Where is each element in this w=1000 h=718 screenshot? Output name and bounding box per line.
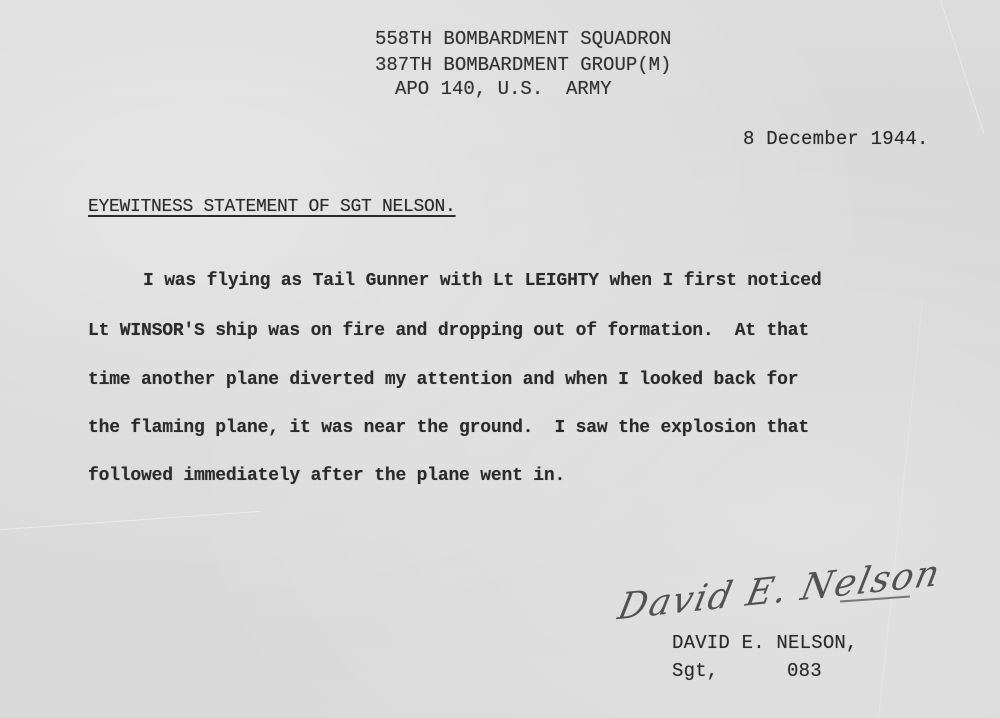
handwritten-signature: David E. Nelson — [614, 553, 945, 629]
signatory-number: 083 — [787, 660, 822, 682]
typed-signatory-name: DAVID E. NELSON, — [672, 632, 858, 654]
document-page: 558TH BOMBARDMENT SQUADRON 387TH BOMBARD… — [0, 0, 1000, 718]
signatory-rank: Sgt, — [672, 660, 718, 682]
letterhead-squadron: 558TH BOMBARDMENT SQUADRON — [375, 28, 671, 50]
letterhead-group: 387TH BOMBARDMENT GROUP(M) — [375, 54, 671, 76]
body-line: followed immediately after the plane wen… — [88, 466, 565, 486]
paper-crease — [878, 301, 923, 718]
paper-crease — [940, 0, 984, 133]
document-date: 8 December 1944. — [743, 128, 929, 150]
body-line: Lt WINSOR'S ship was on fire and droppin… — [88, 321, 809, 341]
letterhead-apo: APO 140, U.S. ARMY — [395, 78, 612, 100]
paper-crease — [0, 511, 259, 530]
body-line: time another plane diverted my attention… — [88, 370, 798, 390]
body-line: the flaming plane, it was near the groun… — [88, 418, 809, 438]
body-line: I was flying as Tail Gunner with Lt LEIG… — [143, 271, 822, 291]
statement-title: EYEWITNESS STATEMENT OF SGT NELSON. — [88, 197, 456, 217]
